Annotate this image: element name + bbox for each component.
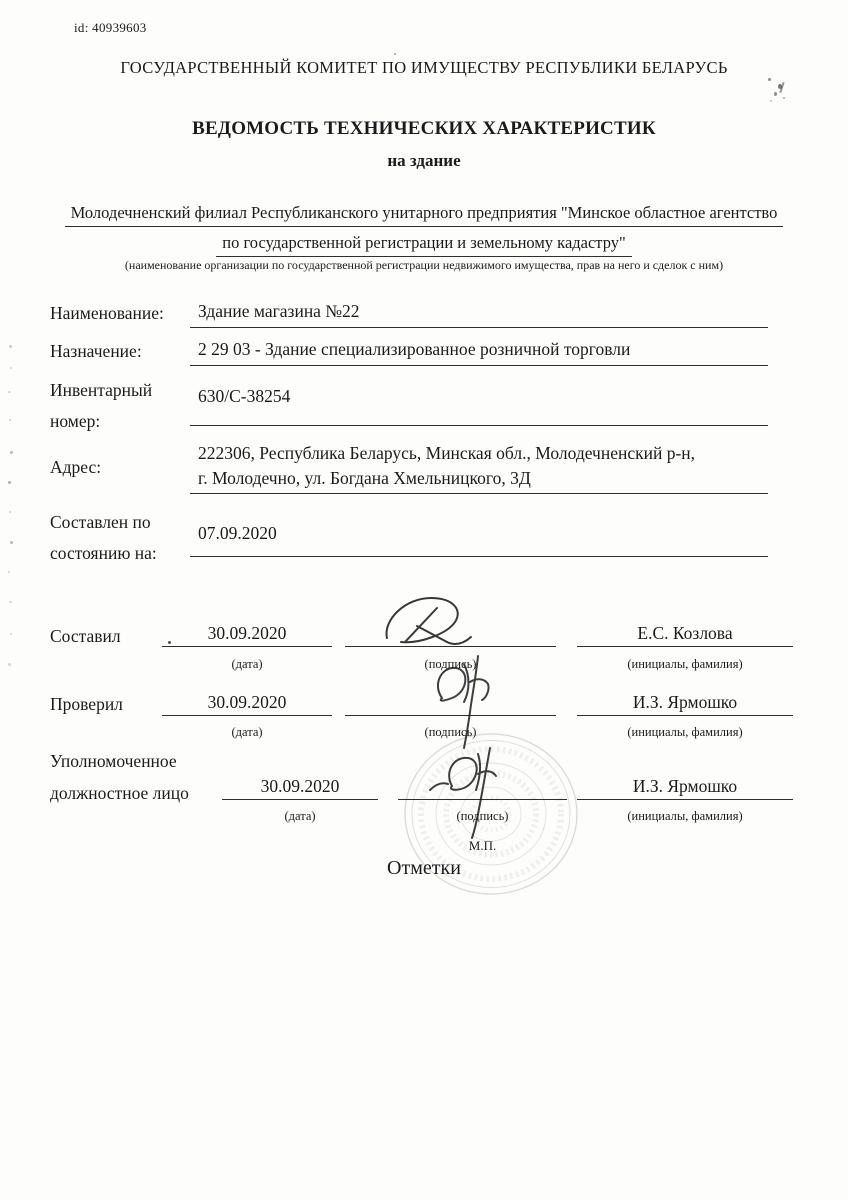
caption-name-2: (инициалы, фамилия) bbox=[577, 725, 793, 740]
caption-name-1: (инициалы, фамилия) bbox=[577, 657, 793, 672]
signature-role-official-line1: Уполномоченное bbox=[50, 751, 177, 772]
document-subtitle: на здание bbox=[0, 151, 848, 171]
scan-artifact bbox=[774, 92, 777, 96]
organization-name-line1: Молодечненский филиал Республиканского у… bbox=[65, 203, 784, 227]
scan-artifact bbox=[10, 633, 12, 635]
organization-name-line2: по государственной регистрации и земельн… bbox=[216, 233, 632, 257]
scan-artifact bbox=[9, 345, 12, 348]
field-purpose-value: 2 29 03 - Здание специализированное розн… bbox=[190, 339, 768, 366]
scan-artifact bbox=[783, 97, 785, 99]
scan-artifact bbox=[9, 419, 11, 421]
scan-id: id: 40939603 bbox=[74, 20, 147, 36]
signature-date-cell-3: 30.09.2020 bbox=[222, 776, 378, 800]
field-asof-label-line1: Составлен по bbox=[50, 512, 151, 533]
signature-date-cell-1: 30.09.2020 bbox=[162, 623, 332, 647]
scan-artifact bbox=[10, 541, 13, 544]
scan-artifact bbox=[8, 481, 11, 484]
field-name-value: Здание магазина №22 bbox=[190, 301, 768, 328]
field-address-label: Адрес: bbox=[50, 457, 101, 478]
signature-name-cell-2: И.З. Ярмошко bbox=[577, 692, 793, 716]
signature-name-cell-3: И.З. Ярмошко bbox=[577, 776, 793, 800]
scan-artifact bbox=[8, 663, 11, 666]
scan-artifact bbox=[9, 601, 12, 603]
marks-section-title: Отметки bbox=[0, 857, 848, 880]
caption-name-3: (инициалы, фамилия) bbox=[577, 809, 793, 824]
field-name-label: Наименование: bbox=[50, 303, 164, 324]
scan-artifact bbox=[10, 367, 12, 369]
signature-scribble-1 bbox=[375, 592, 485, 654]
scan-artifact bbox=[10, 451, 13, 454]
scan-artifact bbox=[768, 78, 771, 81]
field-asof-value: 07.09.2020 bbox=[190, 519, 768, 557]
caption-date-2: (дата) bbox=[162, 725, 332, 740]
organization-caption: (наименование организации по государстве… bbox=[0, 258, 848, 273]
scan-artifact bbox=[9, 511, 11, 513]
signature-date-cell-2: 30.09.2020 bbox=[162, 692, 332, 716]
document-title: ВЕДОМОСТЬ ТЕХНИЧЕСКИХ ХАРАКТЕРИСТИК bbox=[0, 118, 848, 140]
signature-scribble-3 bbox=[426, 746, 521, 841]
field-address-value-line1: 222306, Республика Беларусь, Минская обл… bbox=[198, 443, 695, 464]
scan-artifact bbox=[8, 571, 10, 573]
scan-artifact bbox=[394, 53, 396, 55]
signature-role-checker: Проверил bbox=[50, 694, 123, 715]
organization-line2-row: по государственной регистрации и земельн… bbox=[0, 233, 848, 257]
organization-line1-row: Молодечненский филиал Республиканского у… bbox=[0, 203, 848, 227]
committee-header: ГОСУДАРСТВЕННЫЙ КОМИТЕТ ПО ИМУЩЕСТВУ РЕС… bbox=[0, 58, 848, 78]
field-inventory-label-line2: номер: bbox=[50, 411, 100, 432]
field-inventory-value: 630/С-38254 bbox=[190, 386, 768, 426]
field-purpose-label: Назначение: bbox=[50, 341, 142, 362]
signature-name-cell-1: Е.С. Козлова bbox=[577, 623, 793, 647]
field-asof-label-line2: состоянию на: bbox=[50, 543, 157, 564]
caption-date-3: (дата) bbox=[222, 809, 378, 824]
scanned-document-page: id: 40939603 ГОСУДАРСТВЕННЫЙ КОМИТЕТ ПО … bbox=[0, 0, 848, 1200]
signature-role-official-line2: должностное лицо bbox=[50, 783, 189, 804]
signature-scribble-2 bbox=[428, 654, 518, 750]
scan-artifact bbox=[770, 100, 772, 102]
field-inventory-label-line1: Инвентарный bbox=[50, 380, 152, 401]
signature-role-compiler: Составил bbox=[50, 626, 121, 647]
scan-artifact bbox=[8, 391, 11, 393]
caption-date-1: (дата) bbox=[162, 657, 332, 672]
field-address-value-line2: г. Молодечно, ул. Богдана Хмельницкого, … bbox=[190, 468, 768, 494]
